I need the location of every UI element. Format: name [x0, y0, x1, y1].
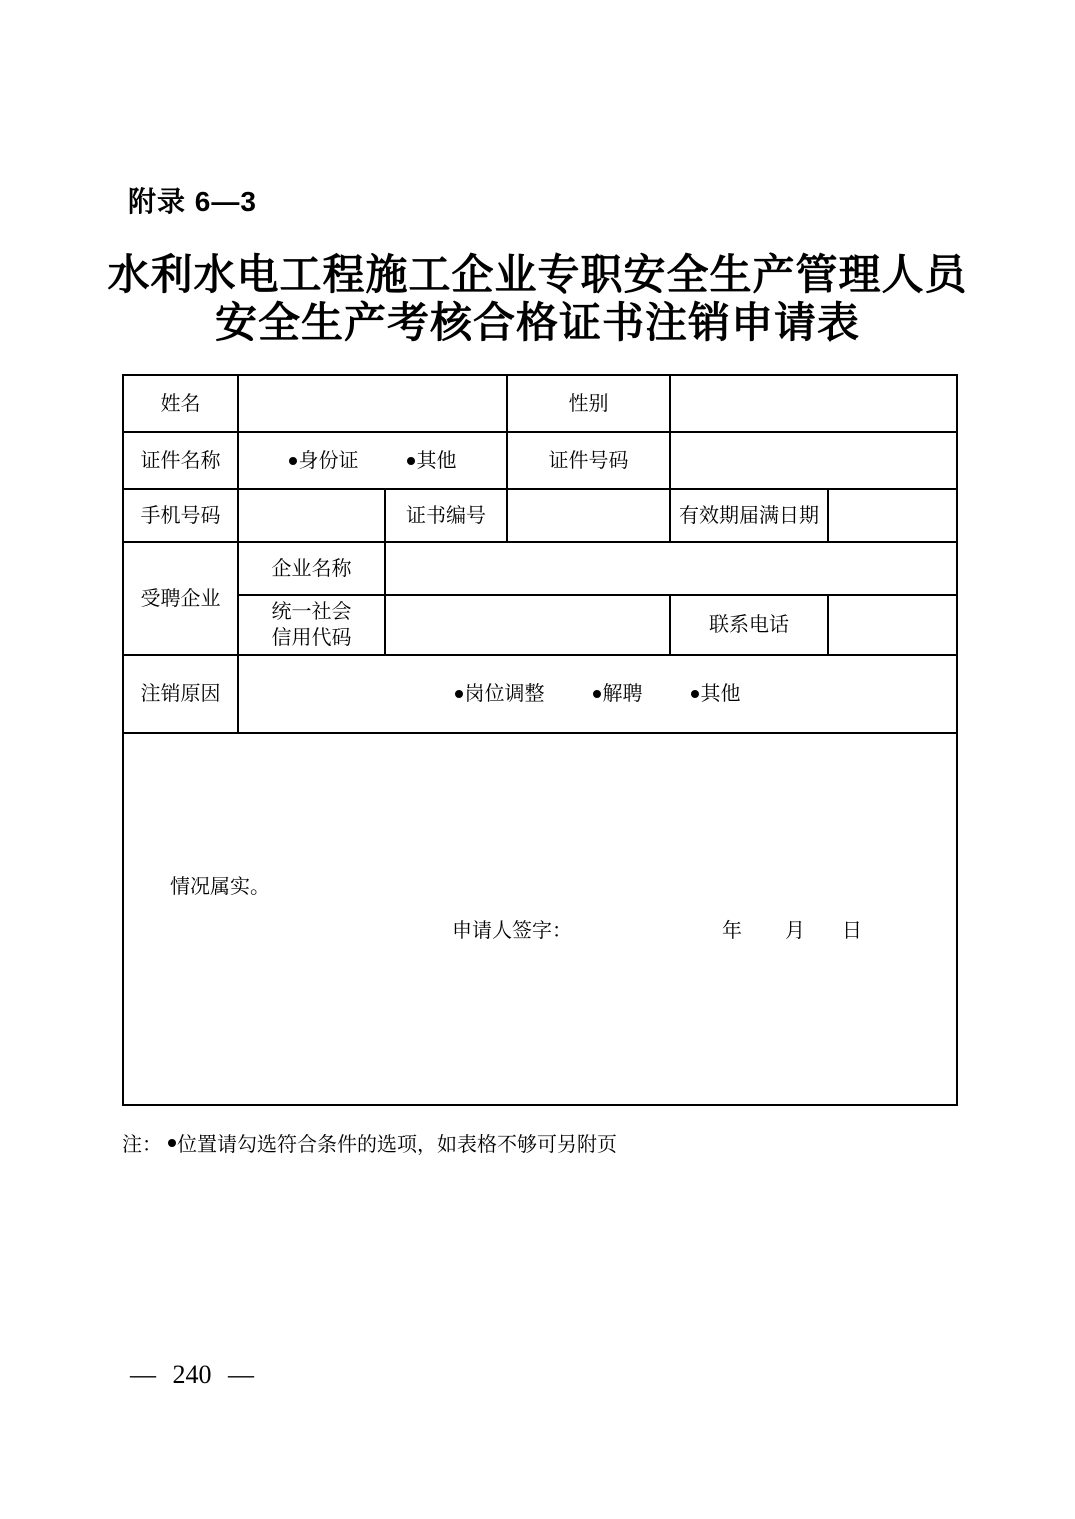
table-row: 证件名称 身份证 其他 证件号码	[123, 432, 957, 489]
statement-cell: 情况属实。 申请人签字： 年 月 日	[123, 733, 957, 1105]
table-row: 注销原因 岗位调整 解聘 其他	[123, 655, 957, 733]
option-other-reason-label: 其他	[701, 681, 741, 707]
uscc-label-line2: 信用代码	[239, 625, 384, 651]
footnote-prefix: 注：	[122, 1128, 162, 1157]
date-day-label: 日	[842, 918, 862, 944]
statement-text: 情况属实。	[170, 874, 270, 900]
option-dismissal: 解聘	[593, 681, 643, 707]
id-number-value-cell	[670, 432, 957, 489]
table-row: 受聘企业 企业名称	[123, 542, 957, 595]
footnote: 注： 位置请勾选符合条件的选项，如表格不够可另附页	[122, 1128, 617, 1157]
radio-ring-icon	[593, 690, 601, 698]
company-name-value-cell	[385, 542, 957, 595]
document-page: 附录 6—3 水利水电工程施工企业专职安全生产管理人员 安全生产考核合格证书注销…	[0, 0, 1075, 1519]
page-title: 水利水电工程施工企业专职安全生产管理人员 安全生产考核合格证书注销申请表	[0, 252, 1075, 348]
radio-ring-icon	[289, 457, 297, 465]
name-value-cell	[238, 375, 507, 432]
option-id-card: 身份证	[289, 448, 359, 474]
cert-no-value-cell	[507, 489, 670, 542]
table-row: 手机号码 证书编号 有效期届满日期	[123, 489, 957, 542]
appendix-label: 附录 6—3	[128, 180, 257, 220]
mobile-label-cell: 手机号码	[123, 489, 238, 542]
employer-label-cell: 受聘企业	[123, 542, 238, 655]
date-year-label: 年	[722, 918, 742, 944]
radio-ring-icon	[691, 690, 699, 698]
page-title-line1: 水利水电工程施工企业专职安全生产管理人员	[0, 252, 1075, 300]
page-title-line2: 安全生产考核合格证书注销申请表	[0, 300, 1075, 348]
gender-value-cell	[670, 375, 957, 432]
expiry-label-cell: 有效期届满日期	[670, 489, 828, 542]
option-id-card-label: 身份证	[299, 448, 359, 474]
option-other-reason: 其他	[691, 681, 741, 707]
contact-phone-value-cell	[828, 595, 957, 655]
uscc-label-line1: 统一社会	[239, 599, 384, 625]
company-name-label-cell: 企业名称	[238, 542, 385, 595]
table-row: 姓名 性别	[123, 375, 957, 432]
page-number: — 240 —	[130, 1360, 254, 1390]
uscc-label-cell: 统一社会 信用代码	[238, 595, 385, 655]
name-label-cell: 姓名	[123, 375, 238, 432]
id-options-cell: 身份证 其他	[238, 432, 507, 489]
option-position-change: 岗位调整	[455, 681, 545, 707]
cancel-reason-label-cell: 注销原因	[123, 655, 238, 733]
radio-ring-icon	[407, 457, 415, 465]
option-id-other-label: 其他	[417, 448, 457, 474]
contact-phone-label-cell: 联系电话	[670, 595, 828, 655]
option-dismissal-label: 解聘	[603, 681, 643, 707]
uscc-value-cell	[385, 595, 670, 655]
table-row: 统一社会 信用代码 联系电话	[123, 595, 957, 655]
footnote-text: 位置请勾选符合条件的选项，如表格不够可另附页	[177, 1128, 617, 1157]
option-id-other: 其他	[407, 448, 457, 474]
date-month-label: 月	[785, 918, 805, 944]
table-row: 情况属实。 申请人签字： 年 月 日	[123, 733, 957, 1105]
id-name-label-cell: 证件名称	[123, 432, 238, 489]
radio-ring-icon	[168, 1139, 176, 1147]
application-table: 姓名 性别 证件名称 身份证 其他	[122, 374, 958, 1106]
option-position-change-label: 岗位调整	[465, 681, 545, 707]
mobile-value-cell	[238, 489, 385, 542]
cancel-reason-options-cell: 岗位调整 解聘 其他	[238, 655, 957, 733]
cert-no-label-cell: 证书编号	[385, 489, 507, 542]
radio-ring-icon	[455, 690, 463, 698]
gender-label-cell: 性别	[507, 375, 670, 432]
expiry-value-cell	[828, 489, 957, 542]
id-number-label-cell: 证件号码	[507, 432, 670, 489]
signature-label: 申请人签字：	[452, 918, 572, 944]
